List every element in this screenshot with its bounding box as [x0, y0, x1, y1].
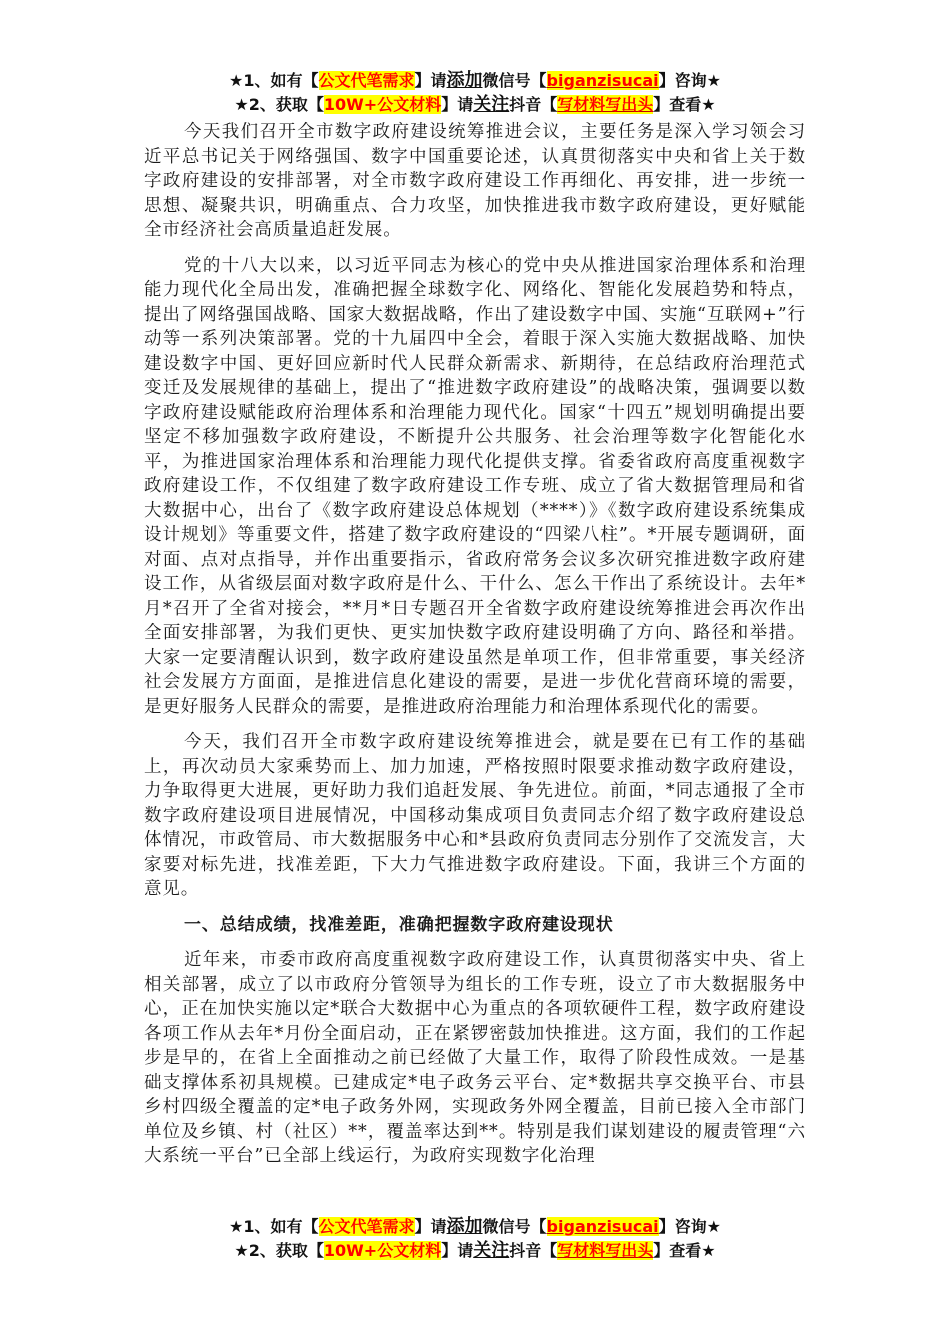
promo-line-2-mid2: 抖音【 [509, 1241, 557, 1260]
promo-highlight-ghostwriting: 公文代笔需求 [319, 71, 415, 90]
promo-emphasis-follow: 关注 [473, 94, 509, 115]
promo-line-1: ★1、如有【公文代笔需求】请添加微信号【biganzisucai】咨询★ [0, 69, 950, 93]
promo-line-1-mid: 】请 [415, 1217, 447, 1236]
promo-line-2-mid: 】请 [441, 95, 473, 114]
section-heading-1: 一、总结成绩，找准差距，准确把握数字政府建设现状 [144, 913, 806, 938]
promo-wechat-id: biganzisucai [547, 71, 659, 90]
promo-douyin-account: 写材料写出头 [557, 1241, 653, 1260]
promo-emphasis-follow: 关注 [473, 1240, 509, 1261]
promo-line-1-mid2: 微信号【 [483, 1217, 547, 1236]
promo-line-2-bottom: ★2、获取【10W+公文材料】请关注抖音【写材料写出头】查看★ [0, 1239, 950, 1263]
promo-highlight-materials: 10W+公文材料 [324, 1241, 441, 1260]
promo-line-2-prefix: ★2、获取【 [234, 95, 323, 114]
paragraph-purpose: 今天，我们召开全市数字政府建设统筹推进会，就是要在已有工作的基础上，再次动员大家… [144, 730, 806, 902]
promo-line-2-suffix: 】查看★ [653, 1241, 715, 1260]
promo-line-2-mid2: 抖音【 [509, 95, 557, 114]
promo-line-1-suffix: 】咨询★ [659, 71, 721, 90]
promo-line-1-bottom: ★1、如有【公文代笔需求】请添加微信号【biganzisucai】咨询★ [0, 1215, 950, 1239]
promo-line-2-suffix: 】查看★ [653, 95, 715, 114]
promo-line-1-suffix: 】咨询★ [659, 1217, 721, 1236]
promo-emphasis-add: 添加 [447, 70, 483, 91]
promo-emphasis-add: 添加 [447, 1216, 483, 1237]
promo-line-2: ★2、获取【10W+公文材料】请关注抖音【写材料写出头】查看★ [0, 93, 950, 117]
promo-line-1-mid2: 微信号【 [483, 71, 547, 90]
promo-highlight-materials: 10W+公文材料 [324, 95, 441, 114]
promo-banner-bottom: ★1、如有【公文代笔需求】请添加微信号【biganzisucai】咨询★ ★2、… [0, 1215, 950, 1263]
promo-douyin-account: 写材料写出头 [557, 95, 653, 114]
paragraph-intro: 今天我们召开全市数字政府建设统筹推进会议，主要任务是深入学习领会习近平总书记关于… [144, 120, 806, 243]
promo-line-1-mid: 】请 [415, 71, 447, 90]
promo-highlight-ghostwriting: 公文代笔需求 [319, 1217, 415, 1236]
paragraph-section-1: 近年来，市委市政府高度重视数字政府建设工作，认真贯彻落实中央、省上相关部署，成立… [144, 948, 806, 1169]
promo-banner-top: ★1、如有【公文代笔需求】请添加微信号【biganzisucai】咨询★ ★2、… [0, 69, 950, 117]
promo-line-1-prefix: ★1、如有【 [229, 71, 318, 90]
promo-line-1-prefix: ★1、如有【 [229, 1217, 318, 1236]
promo-line-2-mid: 】请 [441, 1241, 473, 1260]
document-body: 今天我们召开全市数字政府建设统筹推进会议，主要任务是深入学习领会习近平总书记关于… [144, 120, 806, 1180]
promo-line-2-prefix: ★2、获取【 [234, 1241, 323, 1260]
promo-wechat-id: biganzisucai [547, 1217, 659, 1236]
paragraph-background: 党的十八大以来，以习近平同志为核心的党中央从推进国家治理体系和治理能力现代化全局… [144, 254, 806, 720]
